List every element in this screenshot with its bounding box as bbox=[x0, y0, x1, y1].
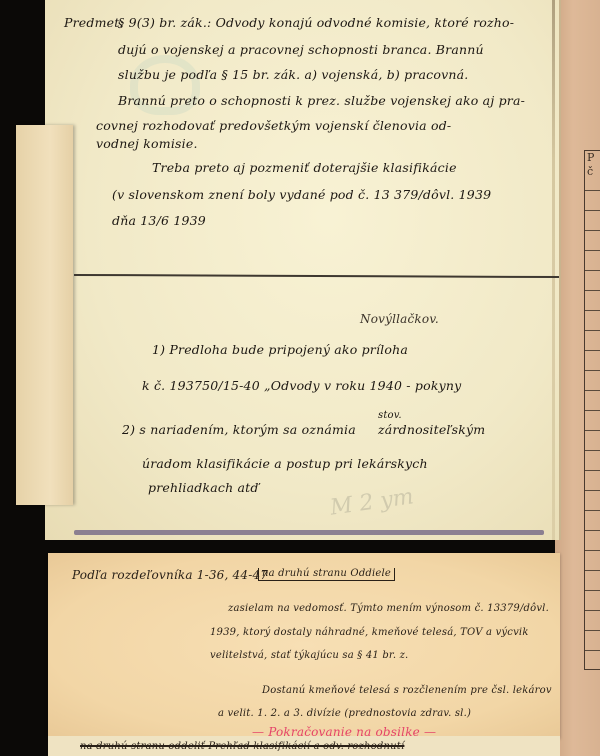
ledger-row bbox=[585, 251, 600, 271]
paragraph-1-line-3: službu je podľa § 15 br. zák. a) vojensk… bbox=[118, 67, 468, 82]
ledger-row bbox=[585, 231, 600, 251]
paragraph-1-line-1: § 9(3) br. zák.: Odvody konajú odvodné k… bbox=[118, 15, 514, 30]
slip-line-3: velitelstvá, stať týkajúcu sa § 41 br. z… bbox=[210, 650, 408, 661]
red-continuation-note: — Pokračovanie na obsilke — bbox=[252, 725, 436, 739]
item-2-line-3: prehliadkach atď bbox=[148, 480, 259, 495]
ledger-row bbox=[585, 511, 600, 531]
item-2-tail: zárdnositeľským bbox=[378, 422, 485, 437]
folded-flap bbox=[16, 125, 73, 505]
purple-divider bbox=[74, 530, 544, 535]
paragraph-3-line-3: dňa 13/6 1939 bbox=[112, 213, 206, 228]
annotation-right: Novýllačkov. bbox=[360, 312, 439, 326]
paragraph-2-line-2: covnej rozhodovať predovšetkým vojenskí … bbox=[96, 118, 451, 133]
slip-line-2: 1939, ktorý dostaly náhradné, kmeňové te… bbox=[210, 627, 529, 638]
item-2-line-2: úradom klasifikácie a postup pri lekársk… bbox=[142, 456, 428, 471]
ledger-row bbox=[585, 451, 600, 471]
ledger-row bbox=[585, 211, 600, 231]
slip-line-1: zasielam na vedomosť. Týmto mením výnoso… bbox=[228, 603, 549, 614]
item-1-line-1: 1) Predloha bude pripojený ako príloha bbox=[152, 342, 408, 357]
item-1-line-2: k č. 193750/15-40 „Odvody v roku 1940 - … bbox=[142, 378, 461, 393]
item-2-insert: stov. bbox=[378, 410, 402, 421]
ledger-row bbox=[585, 531, 600, 551]
paragraph-2-line-3: vodnej komisie. bbox=[96, 136, 198, 151]
ledger-row bbox=[585, 471, 600, 491]
paragraph-2-line-1: Brannú preto o schopnosti k prez. službe… bbox=[118, 93, 525, 108]
ledger-row bbox=[585, 611, 600, 631]
ledger-row bbox=[585, 271, 600, 291]
ledger-table: P č bbox=[584, 150, 600, 670]
ledger-header: P č bbox=[585, 151, 600, 191]
paragraph-3-line-1: Treba preto aj pozmeniť doterajšie klasi… bbox=[152, 160, 457, 175]
slip-header: Podľa rozdeľovníka 1-36, 44-47 bbox=[72, 568, 268, 582]
ledger-row bbox=[585, 351, 600, 371]
ledger-row bbox=[585, 391, 600, 411]
ledger-row bbox=[585, 551, 600, 571]
ledger-row bbox=[585, 311, 600, 331]
struck-line: na druhú stranu oddeliť Prehľad klasifik… bbox=[80, 741, 404, 752]
ledger-row bbox=[585, 191, 600, 211]
slip-header-boxed: na druhú stranu Oddiele bbox=[258, 568, 395, 581]
paragraph-1-line-2: dujú o vojenskej a pracovnej schopnosti … bbox=[118, 42, 484, 57]
paragraph-3-line-2: (v slovenskom znení boly vydané pod č. 1… bbox=[112, 187, 491, 202]
ledger-row bbox=[585, 411, 600, 431]
slip-line-5: a velit. 1. 2. a 3. divízie (prednostovi… bbox=[218, 708, 471, 719]
item-2-line-1: 2) s nariadením, ktorým sa oznámia bbox=[122, 422, 356, 437]
ledger-row bbox=[585, 331, 600, 351]
ledger-row bbox=[585, 371, 600, 391]
ledger-row bbox=[585, 631, 600, 651]
ledger-row bbox=[585, 491, 600, 511]
subject-label: Predmet: bbox=[64, 15, 124, 30]
ledger-row bbox=[585, 591, 600, 611]
slip-line-4: Dostanú kmeňové telesá s rozčlenením pre… bbox=[262, 685, 552, 696]
ledger-row bbox=[585, 431, 600, 451]
ledger-row bbox=[585, 571, 600, 591]
ledger-row bbox=[585, 291, 600, 311]
